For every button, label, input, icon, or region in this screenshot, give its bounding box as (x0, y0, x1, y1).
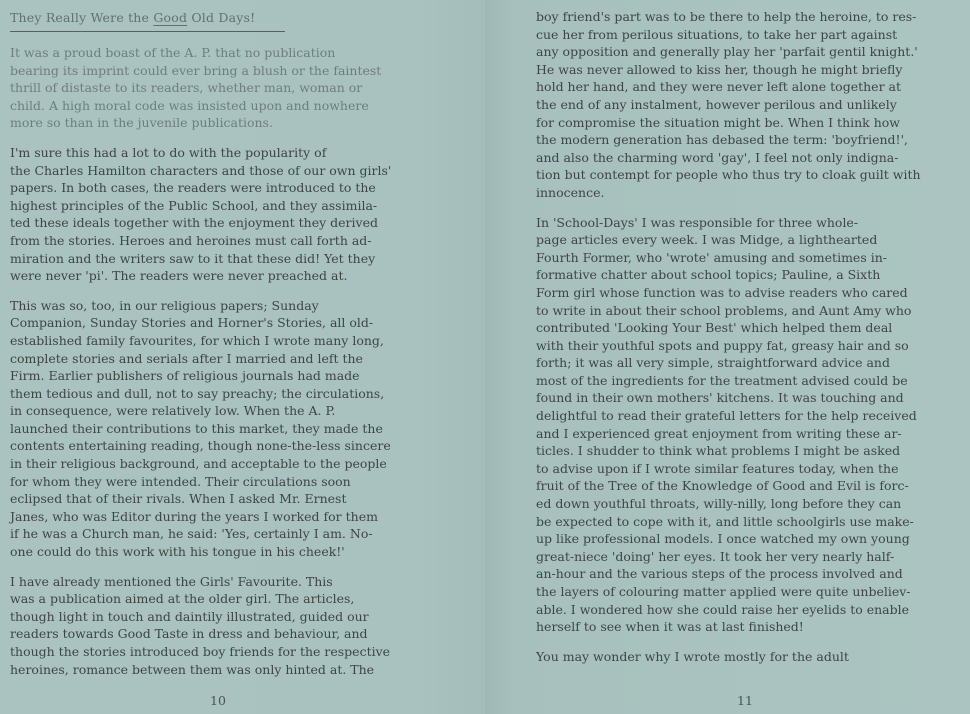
paragraph: It was a proud boast of the A. P. that n… (10, 44, 430, 132)
paragraph: I'm sure this had a lot to do with the p… (10, 144, 430, 285)
running-head-text-end: Old Days! (187, 10, 255, 25)
paragraph: In 'School-Days' I was responsible for t… (536, 214, 961, 636)
book-spread: They Really Were the Good Old Days! It w… (0, 0, 970, 714)
running-head-text: They Really Were the (10, 10, 153, 25)
left-page: They Really Were the Good Old Days! It w… (0, 0, 485, 714)
running-head: They Really Were the Good Old Days! (10, 6, 285, 32)
page-number: 10 (210, 693, 226, 708)
paragraph: This was so, too, in our religious paper… (10, 297, 430, 561)
page-number: 11 (737, 693, 753, 708)
paragraph: You may wonder why I wrote mostly for th… (536, 648, 961, 666)
paragraph: I have already mentioned the Girls' Favo… (10, 573, 430, 679)
right-page: boy friend's part was to be there to hel… (485, 0, 970, 714)
running-head-underlined-word: Good (153, 10, 187, 25)
paragraph: boy friend's part was to be there to hel… (536, 8, 961, 202)
